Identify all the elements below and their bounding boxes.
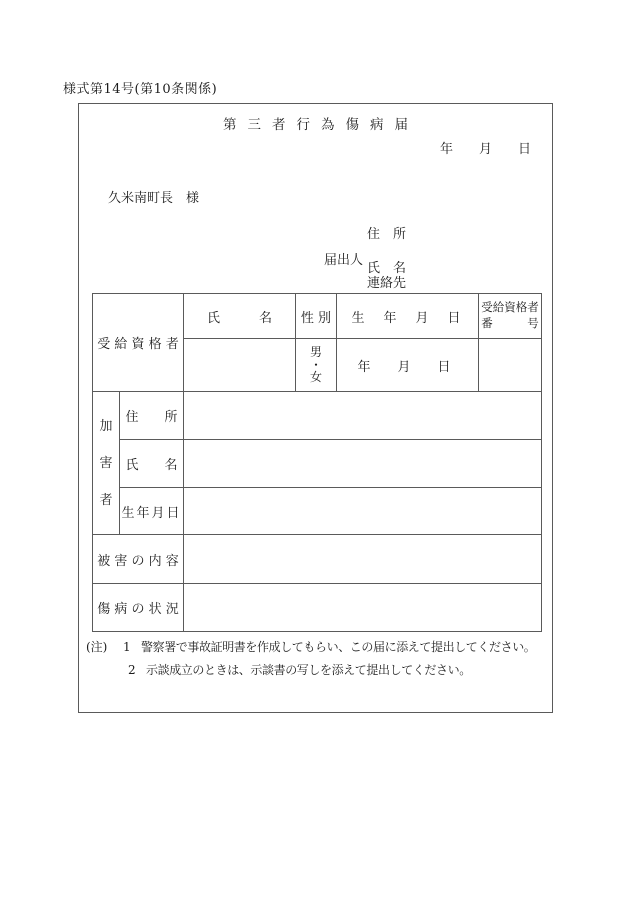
note-1-text: 警察署で事故証明書を作成してもらい、この届に添えて提出してください。 (141, 640, 535, 654)
addressee: 久米南町長 様 (108, 187, 199, 206)
note-1-number: 1 (123, 640, 141, 654)
notes-block: (注) 1 警察署で事故証明書を作成してもらい、この届に添えて提出してください。… (86, 640, 548, 686)
birthdate-header-cell: 生 年 月 日 (337, 294, 479, 339)
note-2-text: 示談成立のときは、示談書の写しを添えて提出してください。 (146, 663, 471, 677)
claimant-birthdate-input-cell[interactable]: 年 月 日 (337, 339, 479, 392)
damage-content-input-cell[interactable] (184, 535, 542, 584)
date-line: 年 月 日 (440, 138, 531, 157)
notifier-fields: 住 所 氏 名 連絡先 (367, 228, 406, 290)
notifier-name-label: 氏 名 (367, 262, 406, 275)
perpetrator-label-cell: 加 害 者 (93, 392, 120, 535)
note-2-number: 2 (128, 663, 146, 677)
claimant-sex-input-cell[interactable]: 男 ・ 女 (296, 339, 337, 392)
claimant-number-input-cell[interactable] (479, 339, 542, 392)
injury-status-label-cell: 傷 病 の 状 況 (93, 584, 184, 632)
name-header-cell: 氏 名 (184, 294, 296, 339)
claimant-label-cell: 受 給 資 格 者 (93, 294, 184, 392)
perpetrator-name-input-cell[interactable] (184, 440, 542, 488)
form-border-box: 第三者行為傷病届 年 月 日 久米南町長 様 届出人 住 所 氏 名 連絡先 受… (78, 103, 553, 713)
form-title: 第三者行為傷病届 (79, 113, 552, 133)
notifier-address-label: 住 所 (367, 228, 406, 241)
note-item-1: (注) 1 警察署で事故証明書を作成してもらい、この届に添えて提出してください。 (86, 640, 548, 654)
perpetrator-birthdate-input-cell[interactable] (184, 488, 542, 535)
document-page: 様式第14号(第10条関係) 第三者行為傷病届 年 月 日 久米南町長 様 届出… (0, 0, 630, 903)
perpetrator-address-input-cell[interactable] (184, 392, 542, 440)
perpetrator-birthdate-label-cell: 生年月日 (120, 488, 184, 535)
note-item-2: 2 示談成立のときは、示談書の写しを添えて提出してください。 (128, 663, 548, 677)
notifier-contact-label: 連絡先 (367, 277, 406, 290)
perpetrator-name-label-cell: 氏 名 (120, 440, 184, 488)
claimant-number-header-cell: 受給資格者 番 号 (479, 294, 542, 339)
form-number-label: 様式第14号(第10条関係) (63, 78, 217, 97)
form-table: 受 給 資 格 者 氏 名 性 別 生 年 月 日 受給資格者 番 号 男 ・ … (92, 293, 542, 632)
note-prefix: (注) (86, 640, 123, 654)
damage-content-label-cell: 被 害 の 内 容 (93, 535, 184, 584)
perpetrator-address-label-cell: 住 所 (120, 392, 184, 440)
injury-status-input-cell[interactable] (184, 584, 542, 632)
claimant-name-input-cell[interactable] (184, 339, 296, 392)
sex-header-cell: 性 別 (296, 294, 337, 339)
notifier-label: 届出人 (324, 249, 363, 268)
